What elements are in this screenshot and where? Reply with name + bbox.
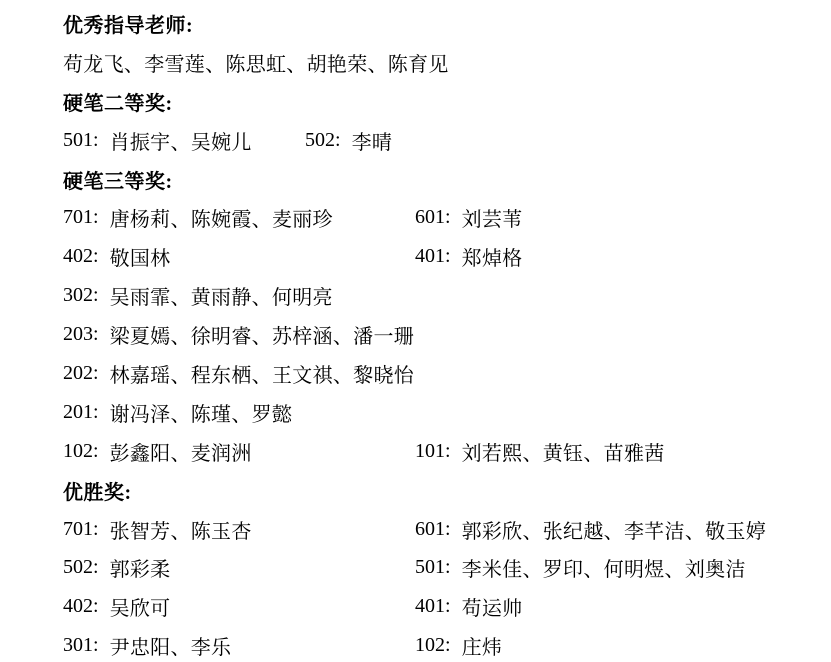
student-names: 刘若熙、黄钰、苗雅茜 (462, 437, 665, 466)
class-number: 101: (415, 440, 451, 463)
student-names: 唐杨莉、陈婉霞、麦丽珍 (110, 203, 333, 232)
class-number: 301: (63, 634, 99, 657)
heading-text: 优秀指导老师: (63, 9, 193, 38)
student-names: 梁夏嫣、徐明睿、苏梓涵、潘一珊 (110, 320, 415, 349)
teacher-names: 苟龙飞、李雪莲、陈思虹、胡艳荣、陈育见 (63, 48, 449, 77)
student-names: 敬国林 (110, 242, 171, 271)
student-names: 张智芳、陈玉杏 (110, 515, 252, 544)
second-column: 102: 庄炜 (415, 626, 502, 662)
student-names: 刘芸苇 (462, 203, 523, 232)
second-column: 502: 李晴 (305, 121, 392, 160)
student-names: 林嘉瑶、程东栖、王文祺、黎晓怡 (110, 359, 415, 388)
second-column: 401: 郑焯格 (415, 237, 522, 276)
heading-text: 优胜奖: (63, 476, 132, 505)
second-column: 601: 郭彩欣、张纪越、李芊洁、敬玉婷 (415, 510, 766, 549)
class-number: 402: (63, 595, 99, 618)
award-row: 502: 郭彩柔 501: 李米佳、罗印、何明煜、刘奥洁 (63, 548, 823, 587)
class-number: 701: (63, 518, 99, 541)
student-names: 吴欣可 (110, 592, 171, 621)
student-names: 谢冯泽、陈瑾、罗懿 (110, 398, 293, 427)
student-names: 郭彩欣、张纪越、李芊洁、敬玉婷 (462, 515, 767, 544)
teacher-names-row: 苟龙飞、李雪莲、陈思虹、胡艳荣、陈育见 (63, 43, 823, 82)
section-heading-teachers: 优秀指导老师: (63, 4, 823, 43)
second-column: 401: 苟运帅 (415, 587, 522, 626)
student-names: 李晴 (352, 126, 393, 155)
section-heading-winner-prize: 优胜奖: (63, 471, 823, 510)
student-names: 李米佳、罗印、何明煜、刘奥洁 (462, 553, 746, 582)
heading-text: 硬笔二等奖: (63, 87, 173, 116)
class-number: 102: (415, 634, 451, 657)
class-number: 601: (415, 206, 451, 229)
award-row: 402: 敬国林 401: 郑焯格 (63, 237, 823, 276)
class-number: 601: (415, 518, 451, 541)
student-names: 肖振宇、吴婉儿 (110, 126, 252, 155)
award-row: 701: 唐杨莉、陈婉霞、麦丽珍 601: 刘芸苇 (63, 198, 823, 237)
award-row: 201: 谢冯泽、陈瑾、罗懿 (63, 393, 823, 432)
award-row: 202: 林嘉瑶、程东栖、王文祺、黎晓怡 (63, 354, 823, 393)
student-names: 彭鑫阳、麦润洲 (110, 437, 252, 466)
class-number: 203: (63, 323, 99, 346)
award-row: 301: 尹忠阳、李乐 102: 庄炜 (63, 626, 823, 662)
award-row: 203: 梁夏嫣、徐明睿、苏梓涵、潘一珊 (63, 315, 823, 354)
heading-text: 硬笔三等奖: (63, 165, 173, 194)
class-number: 501: (415, 556, 451, 579)
second-column: 501: 李米佳、罗印、何明煜、刘奥洁 (415, 548, 746, 587)
student-names: 庄炜 (462, 631, 503, 660)
student-names: 苟运帅 (462, 592, 523, 621)
class-number: 401: (415, 595, 451, 618)
student-names: 郑焯格 (462, 242, 523, 271)
class-number: 502: (305, 129, 341, 152)
student-names: 吴雨霏、黄雨静、何明亮 (110, 281, 333, 310)
award-row: 302: 吴雨霏、黄雨静、何明亮 (63, 276, 823, 315)
student-names: 郭彩柔 (110, 553, 171, 582)
section-heading-pen-third-prize: 硬笔三等奖: (63, 160, 823, 199)
award-row: 701: 张智芳、陈玉杏 601: 郭彩欣、张纪越、李芊洁、敬玉婷 (63, 510, 823, 549)
class-number: 502: (63, 556, 99, 579)
student-names: 尹忠阳、李乐 (110, 631, 232, 660)
class-number: 501: (63, 129, 99, 152)
class-number: 302: (63, 284, 99, 307)
document-page: 优秀指导老师: 苟龙飞、李雪莲、陈思虹、胡艳荣、陈育见 硬笔二等奖: 501: … (63, 4, 823, 662)
class-number: 402: (63, 245, 99, 268)
class-number: 202: (63, 362, 99, 385)
class-number: 401: (415, 245, 451, 268)
second-column: 101: 刘若熙、黄钰、苗雅茜 (415, 432, 665, 471)
class-number: 201: (63, 401, 99, 424)
second-column: 601: 刘芸苇 (415, 198, 522, 237)
award-row: 402: 吴欣可 401: 苟运帅 (63, 587, 823, 626)
section-heading-pen-second-prize: 硬笔二等奖: (63, 82, 823, 121)
class-number: 102: (63, 440, 99, 463)
class-number: 701: (63, 206, 99, 229)
award-row: 102: 彭鑫阳、麦润洲 101: 刘若熙、黄钰、苗雅茜 (63, 432, 823, 471)
award-row: 501: 肖振宇、吴婉儿 502: 李晴 (63, 121, 823, 160)
